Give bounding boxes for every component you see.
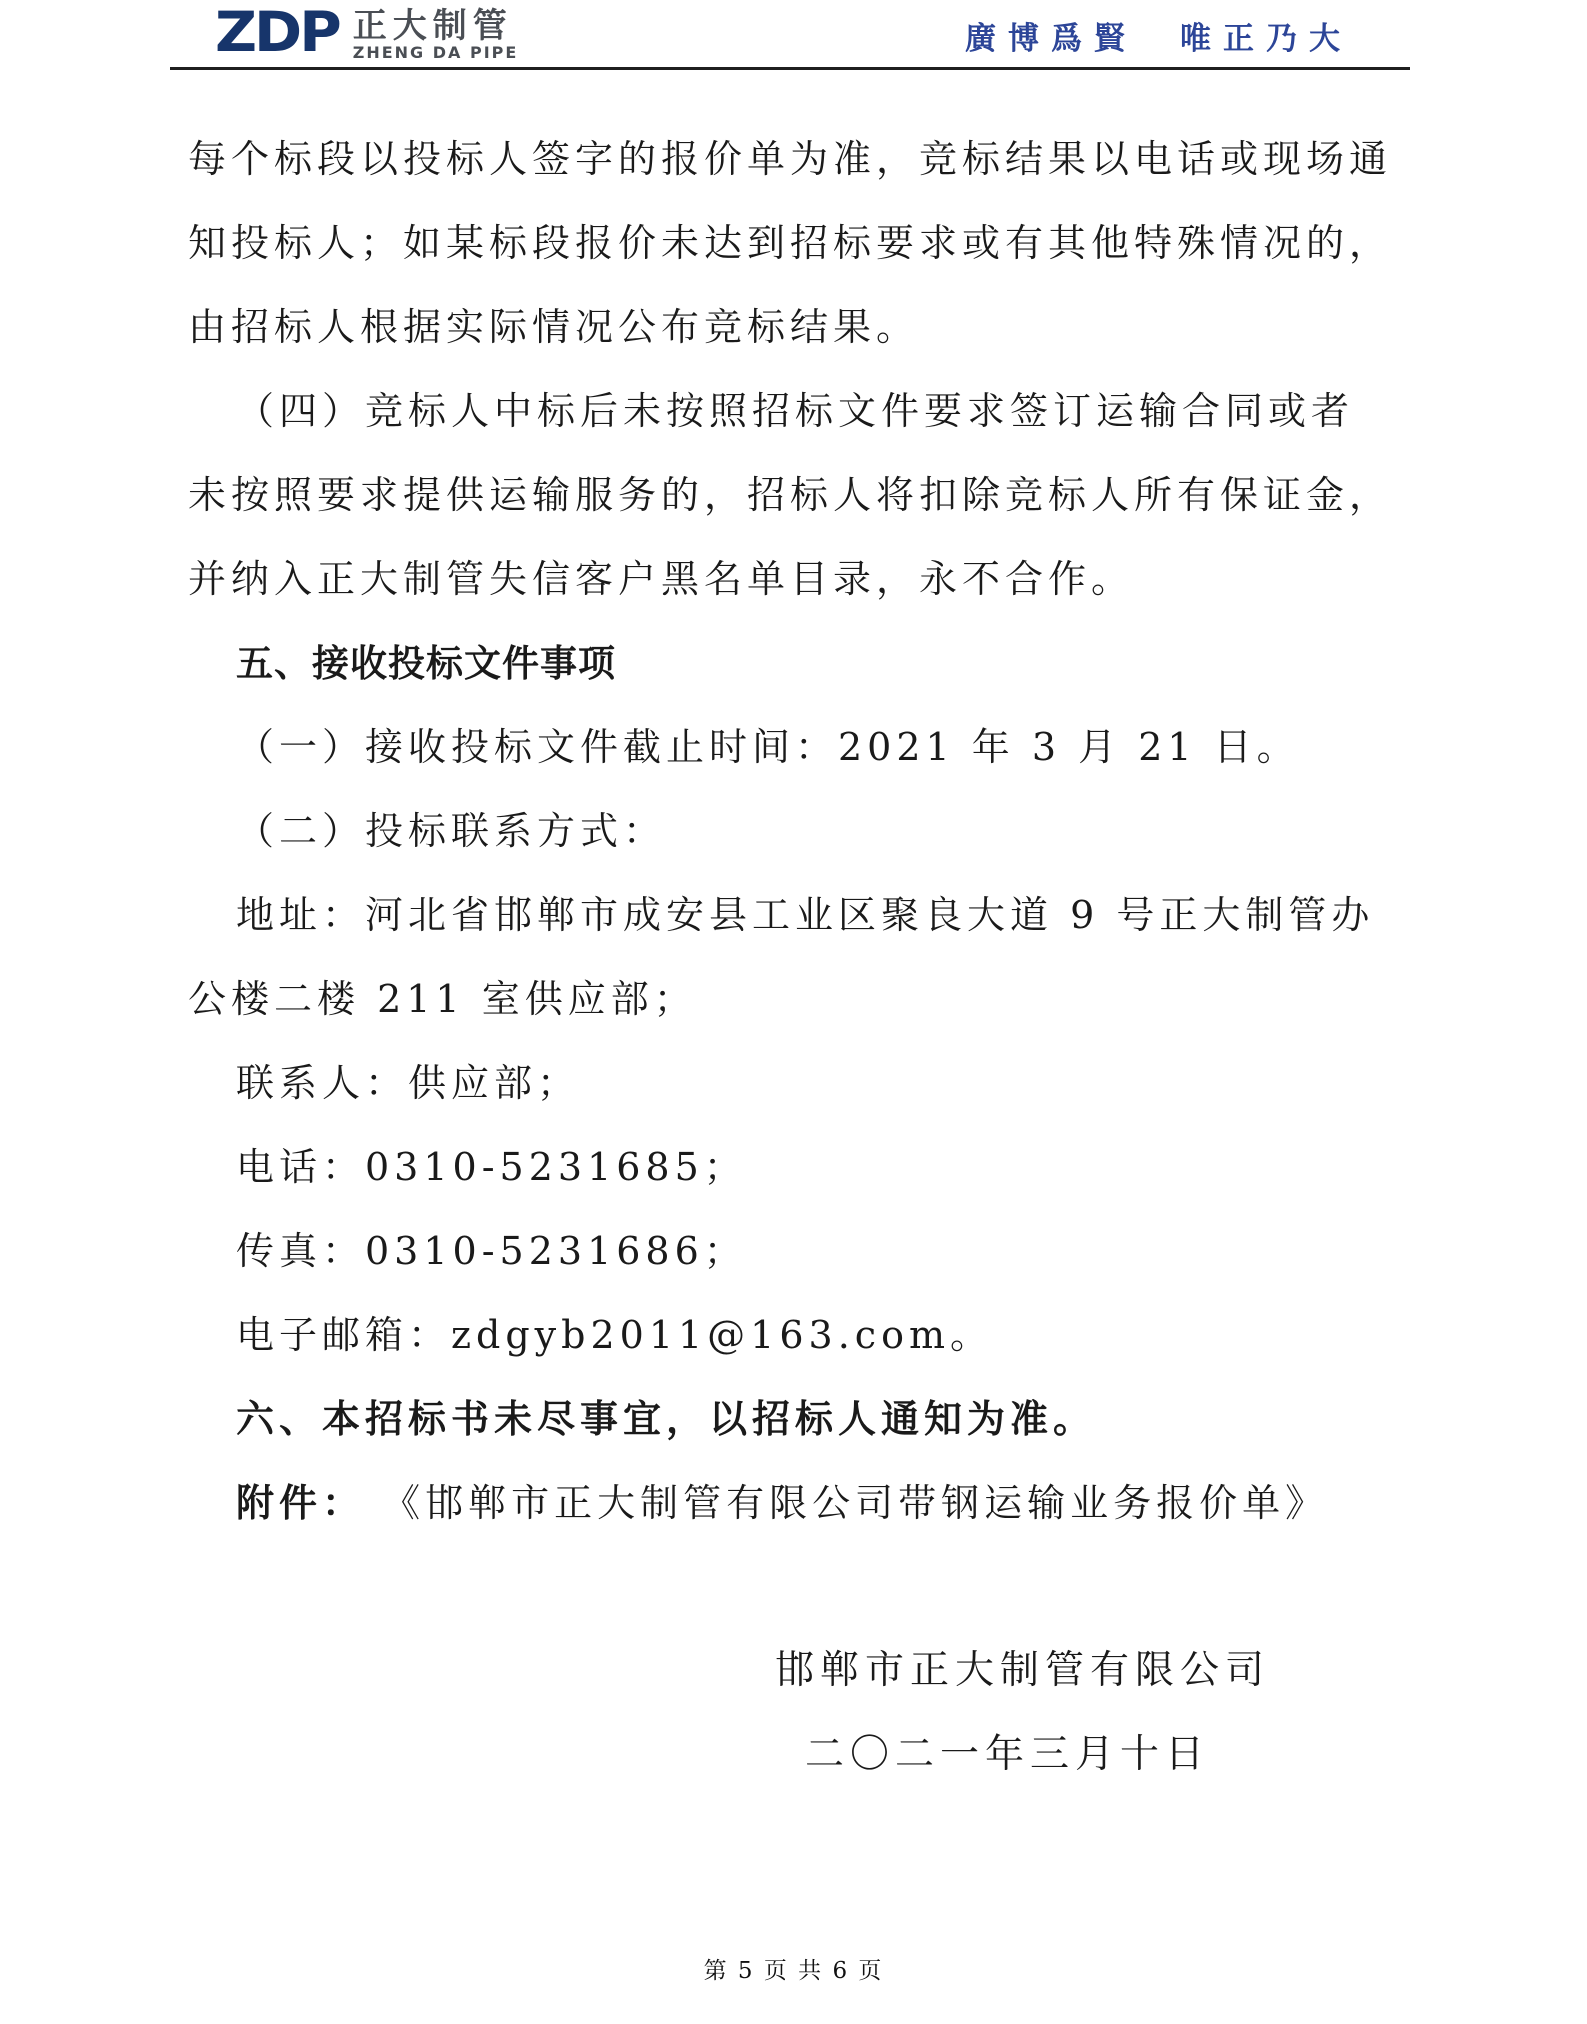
signature-company: 邯郸市正大制管有限公司 <box>775 1629 1270 1713</box>
text-line: 电话：0310-5231685； <box>188 1125 1418 1209</box>
logo-company-name-en: ZHENG DA PIPE <box>353 44 519 61</box>
text-line: 地址：河北省邯郸市成安县工业区聚良大道 9 号正大制管办 <box>188 873 1418 957</box>
text-line: 公楼二楼 211 室供应部； <box>188 957 1418 1041</box>
text-line: 联系人：供应部； <box>188 1041 1418 1125</box>
line-text: 《邯郸市正大制管有限公司带钢运输业务报价单》 <box>365 1481 1328 1525</box>
text-line: 未按照要求提供运输服务的，招标人将扣除竞标人所有保证金， <box>188 453 1418 537</box>
text-line: 知投标人；如某标段报价未达到招标要求或有其他特殊情况的， <box>188 201 1418 285</box>
company-motto: 廣博爲賢 唯正乃大 <box>965 22 1352 56</box>
text-line: 五、接收投标文件事项 <box>188 621 1418 705</box>
text-line: （一）接收投标文件截止时间：2021 年 3 月 21 日。 <box>188 705 1418 789</box>
page-header: ZDP 正大制管 ZHENG DA PIPE 廣博爲賢 唯正乃大 <box>170 0 1410 70</box>
text-line: 每个标段以投标人签字的报价单为准，竞标结果以电话或现场通 <box>188 117 1418 201</box>
text-line: （四）竞标人中标后未按照招标文件要求签订运输合同或者 <box>188 369 1418 453</box>
logo-zdp-text: ZDP <box>215 7 339 56</box>
company-logo: ZDP 正大制管 ZHENG DA PIPE <box>215 6 518 61</box>
logo-company-name-cn: 正大制管 <box>353 8 519 44</box>
line-label: 附件： <box>236 1480 365 1525</box>
page-footer: 第 5 页 共 6 页 <box>0 1952 1587 1985</box>
signature-date: 二〇二一年三月十日 <box>805 1713 1210 1797</box>
text-line: 六、本招标书未尽事宜，以招标人通知为准。 <box>188 1377 1418 1461</box>
document-body: 每个标段以投标人签字的报价单为准，竞标结果以电话或现场通知投标人；如某标段报价未… <box>188 117 1418 1545</box>
text-line: （二）投标联系方式： <box>188 789 1418 873</box>
document-page: ZDP 正大制管 ZHENG DA PIPE 廣博爲賢 唯正乃大 每个标段以投标… <box>0 0 1587 2024</box>
text-line: 附件： 《邯郸市正大制管有限公司带钢运输业务报价单》 <box>188 1461 1418 1545</box>
text-line: 传真：0310-5231686； <box>188 1209 1418 1293</box>
text-line: 并纳入正大制管失信客户黑名单目录，永不合作。 <box>188 537 1418 621</box>
text-line: 电子邮箱：zdgyb2011@163.com。 <box>188 1293 1418 1377</box>
logo-name-block: 正大制管 ZHENG DA PIPE <box>353 8 519 61</box>
text-line: 由招标人根据实际情况公布竞标结果。 <box>188 285 1418 369</box>
